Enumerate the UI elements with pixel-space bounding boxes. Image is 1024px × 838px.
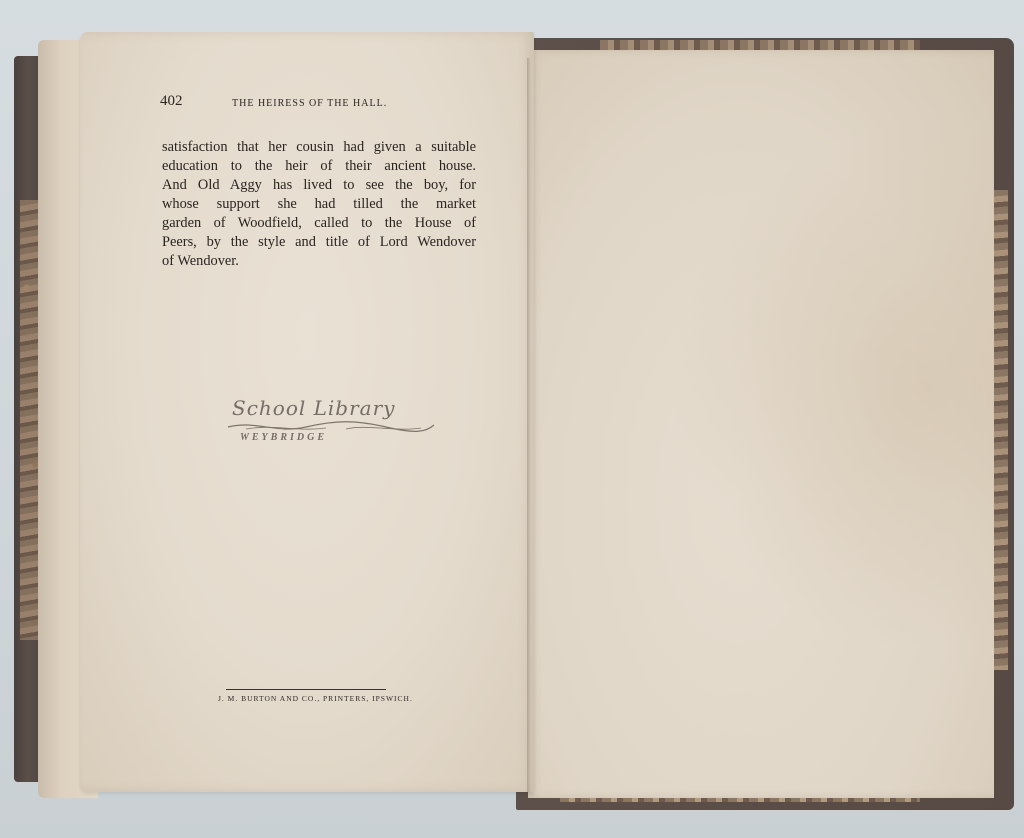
stamp-title: School Library (232, 396, 395, 420)
right-page-blank-endpaper (528, 50, 994, 798)
printer-imprint: J. M. BURTON AND CO., PRINTERS, IPSWICH. (218, 694, 413, 703)
body-text: satisfaction that her cousin had given a… (162, 138, 476, 271)
body-line: And Old Aggy has lived to see the boy, f… (162, 176, 476, 195)
book-gutter (527, 58, 531, 792)
running-head: THE HEIRESS OF THE HALL. (232, 98, 387, 109)
body-line: satisfaction that her cousin had given a… (162, 138, 476, 157)
body-line: whose support she had tilled the market (162, 195, 476, 214)
body-line: garden of Woodfield, called to the House… (162, 214, 476, 233)
body-line: Peers, by the style and title of Lord We… (162, 233, 476, 252)
body-line: of Wendover. (162, 252, 476, 271)
stamp-location: WEYBRIDGE (240, 432, 327, 443)
printer-rule (226, 689, 386, 690)
body-line: education to the heir of their ancient h… (162, 157, 476, 176)
page-number: 402 (160, 93, 183, 110)
library-stamp: School Library WEYBRIDGE (226, 392, 436, 452)
